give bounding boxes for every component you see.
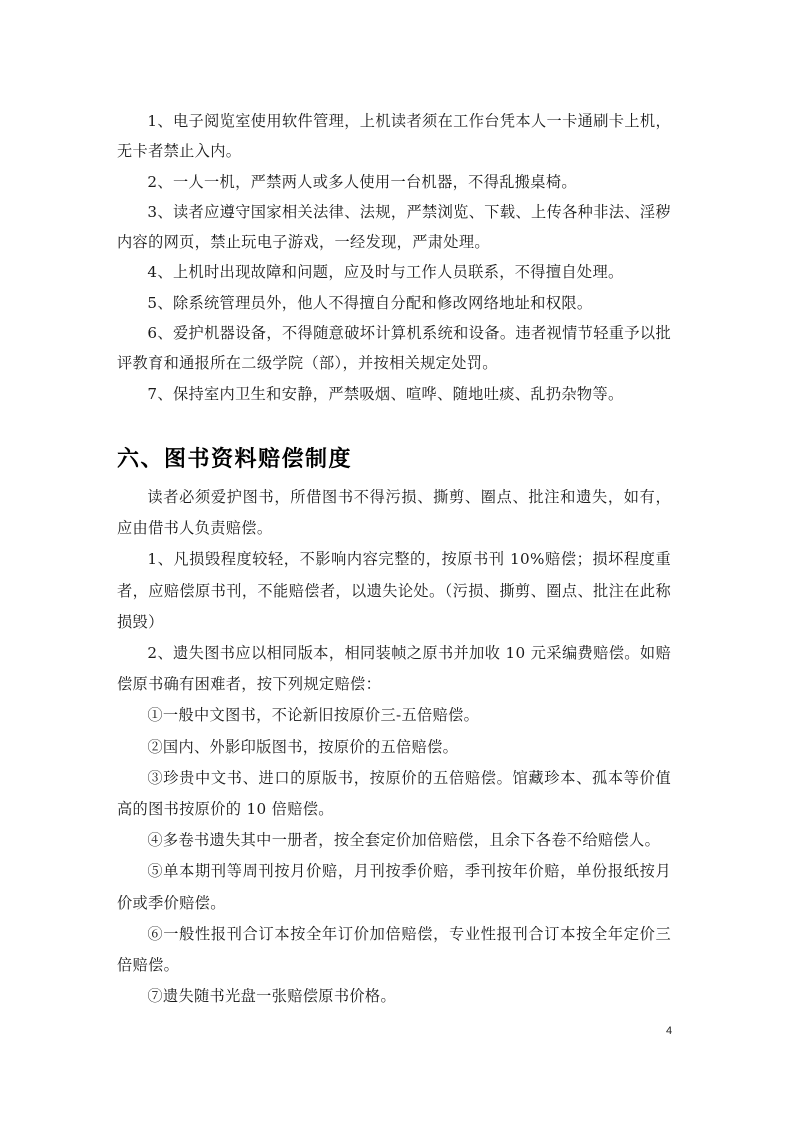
section-heading: 六、图书资料赔偿制度 (117, 442, 671, 478)
rule-item-2: 2、一人一机，严禁两人或多人使用一台机器，不得乱搬桌椅。 (117, 167, 671, 197)
rule-item-7: 7、保持室内卫生和安静，严禁吸烟、喧哗、随地吐痰、乱扔杂物等。 (117, 379, 671, 409)
page-number: 4 (666, 1025, 672, 1037)
document-page: 1、电子阅览室使用软件管理，上机读者须在工作台凭本人一卡通刷卡上机，无卡者禁止入… (0, 0, 793, 1122)
rule-item-5: 5、除系统管理员外，他人不得擅自分配和修改网络地址和权限。 (117, 288, 671, 318)
compensation-item-1: 1、凡损毁程度较轻，不影响内容完整的，按原书刊 10%赔偿；损坏程度重者，应赔偿… (117, 544, 671, 638)
compensation-sub-item-3: ③珍贵中文书、进口的原版书，按原价的五倍赔偿。馆藏珍本、孤本等价值高的图书按原价… (117, 763, 671, 825)
rule-item-6: 6、爱护机器设备，不得随意破坏计算机系统和设备。违者视情节轻重予以批评教育和通报… (117, 318, 671, 379)
rule-item-4: 4、上机时出现故障和问题，应及时与工作人员联系，不得擅自处理。 (117, 257, 671, 287)
compensation-section: 读者必须爱护图书，所借图书不得污损、撕剪、圈点、批注和遗失，如有，应由借书人负责… (117, 482, 671, 1012)
compensation-sub-item-6: ⑥一般性报刊合订本按全年订价加倍赔偿，专业性报刊合订本按全年定价三倍赔偿。 (117, 919, 671, 981)
rules-list-previous-section: 1、电子阅览室使用软件管理，上机读者须在工作台凭本人一卡通刷卡上机，无卡者禁止入… (117, 106, 671, 409)
compensation-item-2: 2、遗失图书应以相同版本，相同装帧之原书并加收 10 元采编费赔偿。如赔偿原书确… (117, 638, 671, 700)
compensation-sub-item-1: ①一般中文图书，不论新旧按原价三-五倍赔偿。 (117, 700, 671, 731)
compensation-sub-item-2: ②国内、外影印版图书，按原价的五倍赔偿。 (117, 732, 671, 763)
rule-item-1: 1、电子阅览室使用软件管理，上机读者须在工作台凭本人一卡通刷卡上机，无卡者禁止入… (117, 106, 671, 167)
page-content: 1、电子阅览室使用软件管理，上机读者须在工作台凭本人一卡通刷卡上机，无卡者禁止入… (117, 106, 671, 1012)
compensation-sub-item-5: ⑤单本期刊等周刊按月价赔，月刊按季价赔，季刊按年价赔，单份报纸按月价或季价赔偿。 (117, 856, 671, 918)
section-intro: 读者必须爱护图书，所借图书不得污损、撕剪、圈点、批注和遗失，如有，应由借书人负责… (117, 482, 671, 544)
compensation-sub-item-7: ⑦遗失随书光盘一张赔偿原书价格。 (117, 981, 671, 1012)
compensation-sub-item-4: ④多卷书遗失其中一册者，按全套定价加倍赔偿，且余下各卷不给赔偿人。 (117, 825, 671, 856)
rule-item-3: 3、读者应遵守国家相关法律、法规，严禁浏览、下载、上传各种非法、淫秽内容的网页，… (117, 197, 671, 258)
